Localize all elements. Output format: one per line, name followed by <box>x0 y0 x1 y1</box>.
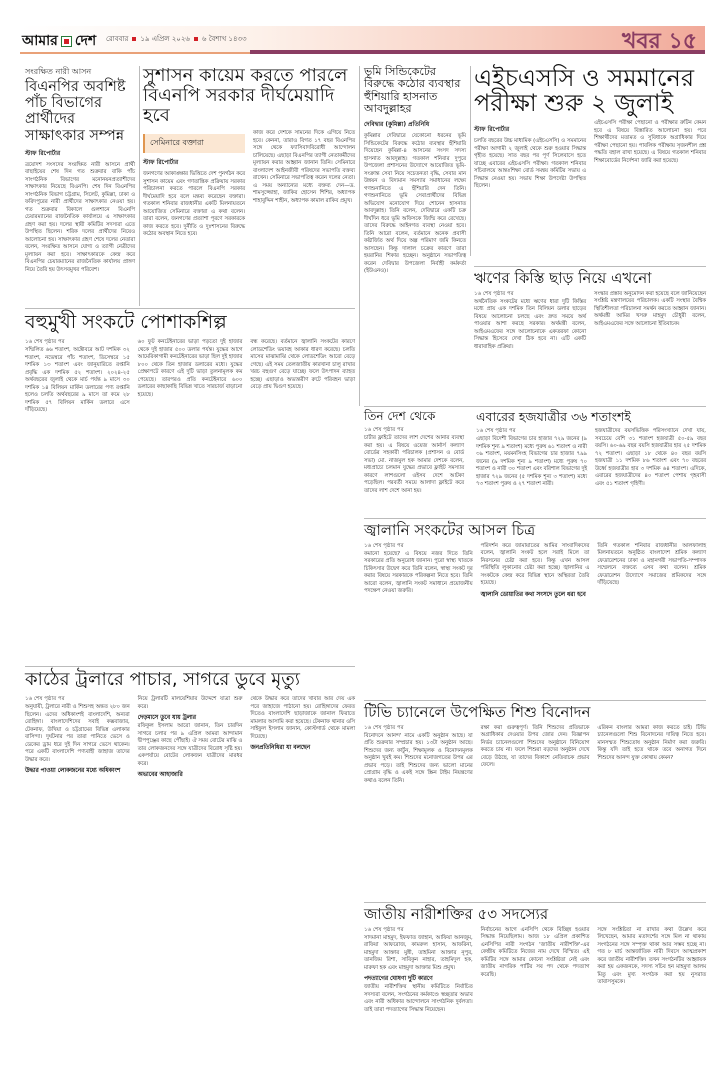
column-divider <box>359 66 360 406</box>
flag-icon <box>61 36 72 47</box>
article-trawler: কাঠের ট্রলারে পাচার, সাগরে ডুবে মৃত্যু ১… <box>25 670 355 780</box>
headline[interactable]: তিন দেশ থেকে <box>364 410 464 423</box>
continued-label: ১৬ শেষ পৃষ্ঠার পর <box>476 428 587 436</box>
page-number: ১৫ <box>668 28 697 54</box>
article-hsc-exam: এইচএসসি ও সমমানের পরীক্ষা শুরু ২ জুলাই স… <box>474 66 706 191</box>
article-body: চার্টার ফ্লাইটে তাদের লাশ দেশের আনার ব্য… <box>364 435 464 495</box>
section-divider <box>364 406 706 407</box>
continued-label: ১৬ শেষ পৃষ্ঠার পর <box>364 927 473 935</box>
article-body: এছাড়া বিদেশী বিভাগের চার হাজার ৭২৯ জনের… <box>476 436 587 489</box>
section-divider <box>25 666 355 667</box>
headline[interactable]: জাতীয় নারীশক্তির ৫৩ সদস্যের <box>364 906 706 923</box>
article-body: ত্রয়োদশ সংসদের সংরক্ষিত নারী আসনে প্রার… <box>25 162 135 275</box>
column-divider <box>139 66 140 306</box>
headline[interactable]: এইচএসসি ও সমমানের পরীক্ষা শুরু ২ জুলাই <box>474 66 706 116</box>
article-body: চলতি বছরের উচ্চ মাধ্যমিক (এইচএসসি) ও সমম… <box>474 138 586 191</box>
article-body: বন্ধ করেছে। বর্তমানে জ্বালানি সংকটের কার… <box>250 339 355 392</box>
article-body: হজযাত্রীদের বয়সভিত্তিক পরিসংখ্যানে দেখা… <box>595 428 706 488</box>
continued-label: ১৬ শেষ পৃষ্ঠার পর <box>25 696 130 704</box>
section-divider <box>364 700 706 701</box>
article-body: কুমিল্লার দেবিদ্বারে যেকোনো ধরনের ভূমি স… <box>364 133 466 276</box>
separator-icon <box>132 37 136 41</box>
subheading: পদত্যাগের ঘোষণা দুটি কারণে <box>364 974 473 984</box>
article-hajj: এবারের হজযাত্রীর ৩৬ শতাংশই ১৬ শেষ পৃষ্ঠা… <box>476 410 706 489</box>
article-garments: বহুমুখী সংকটে পোশাকশিল্প ১৬ শেষ পৃষ্ঠার … <box>25 312 355 415</box>
article-energy: জ্বালানি সংকটের আসল চিত্র ১৬ শেষ পৃষ্ঠার… <box>364 522 706 600</box>
byline: স্টাফ রিপোর্টার <box>143 157 245 168</box>
subheading: উদ্ধার পাওয়া লোকজনের মধ্যে অধিকাংশ <box>25 766 130 776</box>
article-kids-tv: টিভি চ্যানেলে উপেক্ষিত শিশু বিনোদন ১৬ শে… <box>364 704 706 785</box>
subheading: অভাবের আহাজারি <box>138 770 243 780</box>
headline[interactable]: ঋণের কিস্তি ছাড় নিয়ে এখনো <box>474 270 706 287</box>
newspaper-logo: আমার দেশ <box>22 29 96 53</box>
section-divider <box>25 308 355 309</box>
byline: স্টাফ রিপোর্টার <box>25 148 135 159</box>
headline[interactable]: জ্বালানি সংকটের আসল চিত্র <box>364 522 706 539</box>
article-body: সম্মিলিত ৬৬ শতাংশ, অক্টোবরে আট দশমিক ৩২ … <box>25 347 130 415</box>
continued-label: ১৬ শেষ পৃষ্ঠার পর <box>474 291 586 299</box>
article-body: অনুযায়ী, ট্রলারে নারী ও শিশুসহ অন্তত ২৮… <box>25 704 130 764</box>
byline: স্টাফ রিপোর্টার <box>474 124 586 135</box>
article-body: নিয়ে ট্রলারটি মালয়েশিয়ার উদ্দেশে যাত্… <box>138 696 243 711</box>
section-divider <box>364 902 706 903</box>
section-label: খবর ১৫ <box>622 24 697 61</box>
brand-right: দেশ <box>75 29 96 53</box>
separator-icon <box>194 37 198 41</box>
subheading: জ্বালানি ডোয়াতির কথা সংসদে তুলে ধরা হবে <box>481 590 590 600</box>
headline[interactable]: টিভি চ্যানেলে উপেক্ষিত শিশু বিনোদন <box>364 704 706 721</box>
article-body: অর্থনৈতিক সংকটের মধ্যে ঋণের ধারা দুটি কি… <box>474 299 586 352</box>
article-body: নির্বাচনের আগে এনসিপি থেকে বিচ্ছিন্ন হওয… <box>481 927 590 980</box>
article-body: এইচএসসি পরীক্ষা পেছানো ও পরীক্ষার রুটিন … <box>594 120 706 165</box>
headline[interactable]: সুশাসন কায়েম করতে পারলে বিএনপি সরকার দী… <box>143 66 355 126</box>
headline[interactable]: বিএনপির অবশিষ্ট পাঁচ বিভাগের প্রার্থীদের… <box>25 79 135 144</box>
article-loan-installment: ঋণের কিস্তি ছাড় নিয়ে এখনো ১৬ শেষ পৃষ্ঠ… <box>474 270 706 351</box>
article-body: রক্ষা করা গুরুত্বপূর্ণ। তিনি শিশুদের প্র… <box>481 725 590 770</box>
article-body: জনগণের আকাঙ্ক্ষার ভিত্তিতে দেশ পুনর্গঠন … <box>143 171 245 239</box>
subheading: জনপ্রতিনিধিরা যা বলছেন <box>250 743 355 753</box>
article-land-syndicate: ভূমি সিন্ডিকেটের বিরুদ্ধে কঠোর ব্যবস্থার… <box>364 66 466 276</box>
article-women-power: জাতীয় নারীশক্তির ৫৩ সদস্যের ১৬ শেষ পৃষ্… <box>364 906 706 1014</box>
brand-left: আমার <box>22 29 58 53</box>
article-body: কাজ করে দেশকে সামনের দিকে এগিয়ে নিতে হব… <box>253 130 355 205</box>
headline[interactable]: এবারের হজযাত্রীর ৩৬ শতাংশই <box>476 410 706 424</box>
article-body: বিনোদনে আনন্দ' নামে একটি অনুষ্ঠান আছে। য… <box>364 733 473 786</box>
headline[interactable]: ভূমি সিন্ডিকেটের বিরুদ্ধে কঠোর ব্যবস্থার… <box>364 66 466 115</box>
column-divider <box>470 66 471 256</box>
byline: দেবিদ্বার (কুমিল্লা) প্রতিনিধি <box>364 119 466 130</box>
tag-label: সেমিনারে বক্তারা <box>143 134 245 153</box>
article-good-governance: সুশাসন কায়েম করতে পারলে বিএনপি সরকার দী… <box>143 66 355 239</box>
article-bnp-interview: সংরক্ষিত নারী আসন বিএনপির অবশিষ্ট পাঁচ ব… <box>25 66 135 274</box>
article-body: সঙ্গে সংশ্লিষ্টতা না রাখার কথা উল্লেখ কর… <box>597 927 706 987</box>
date-bengali: ৬ বৈশাখ ১৪৩৩ <box>202 33 247 45</box>
article-body: রফিকুল ইসলাম আরো জানান, তিন চারদিন সাগরে… <box>138 723 243 768</box>
kicker: সংরক্ষিত নারী আসন <box>25 66 135 79</box>
section-name: খবর <box>622 28 661 54</box>
section-divider <box>364 518 706 519</box>
day: রোববার <box>106 33 128 45</box>
continued-label: ১৬ শেষ পৃষ্ঠার পর <box>364 543 473 551</box>
article-body: জাতীয় নারীশক্তির স্থানীয় কমিটিতে নির্ব… <box>364 984 473 1014</box>
article-body: তিনি গতকাল শনিবার রাজধানীর আলফালাহ মিলনা… <box>597 543 706 588</box>
article-three-countries: তিন দেশ থেকে ১৬ শেষ পৃষ্ঠার পর চার্টার ফ… <box>364 410 464 495</box>
article-body: থেকে উদ্ধার করে তাদের খাবার আর দেয় এক প… <box>250 696 355 741</box>
dateline: রোববার ১৯ এপ্রিল ২০২৬ ৬ বৈশাখ ১৪৩৩ <box>106 33 247 45</box>
date-gregorian: ১৯ এপ্রিল ২০২৬ <box>140 33 190 45</box>
subheading: দেড়মাসে ডুবে যায় ট্রলার <box>138 713 243 723</box>
article-body: কমানো হয়েছে? এ বিষয়ে নজর দিতে তিনি সরক… <box>364 551 473 596</box>
article-body: ৬০ ফুট কনটেইনারের ভাড়া পড়তো দুই হাজার … <box>138 339 243 399</box>
continued-label: ১৬ শেষ পৃষ্ঠার পর <box>364 725 473 733</box>
page-header: আমার দেশ রোববার ১৯ এপ্রিল ২০২৬ ৬ বৈশাখ ১… <box>20 22 705 58</box>
article-body: এরিকন বাংলার আমরা কাজ করতে চাই। টিভি চ্য… <box>597 725 706 763</box>
article-body: পরিদর্শন করে জামায়াতের আমির সাংবাদিকদের… <box>481 543 590 588</box>
section-divider <box>474 266 706 267</box>
headline[interactable]: কাঠের ট্রলারে পাচার, সাগরে ডুবে মৃত্যু <box>25 670 355 690</box>
article-body: সংস্কার প্রস্তাব অনুমোদন করা হয়েছে বলে … <box>594 291 706 329</box>
headline[interactable]: বহুমুখী সংকটে পোশাকশিল্প <box>25 312 355 333</box>
article-body: সাদমানা মাহমুদ, ইফফাত জাহান, আফিয়া আনজু… <box>364 935 473 973</box>
